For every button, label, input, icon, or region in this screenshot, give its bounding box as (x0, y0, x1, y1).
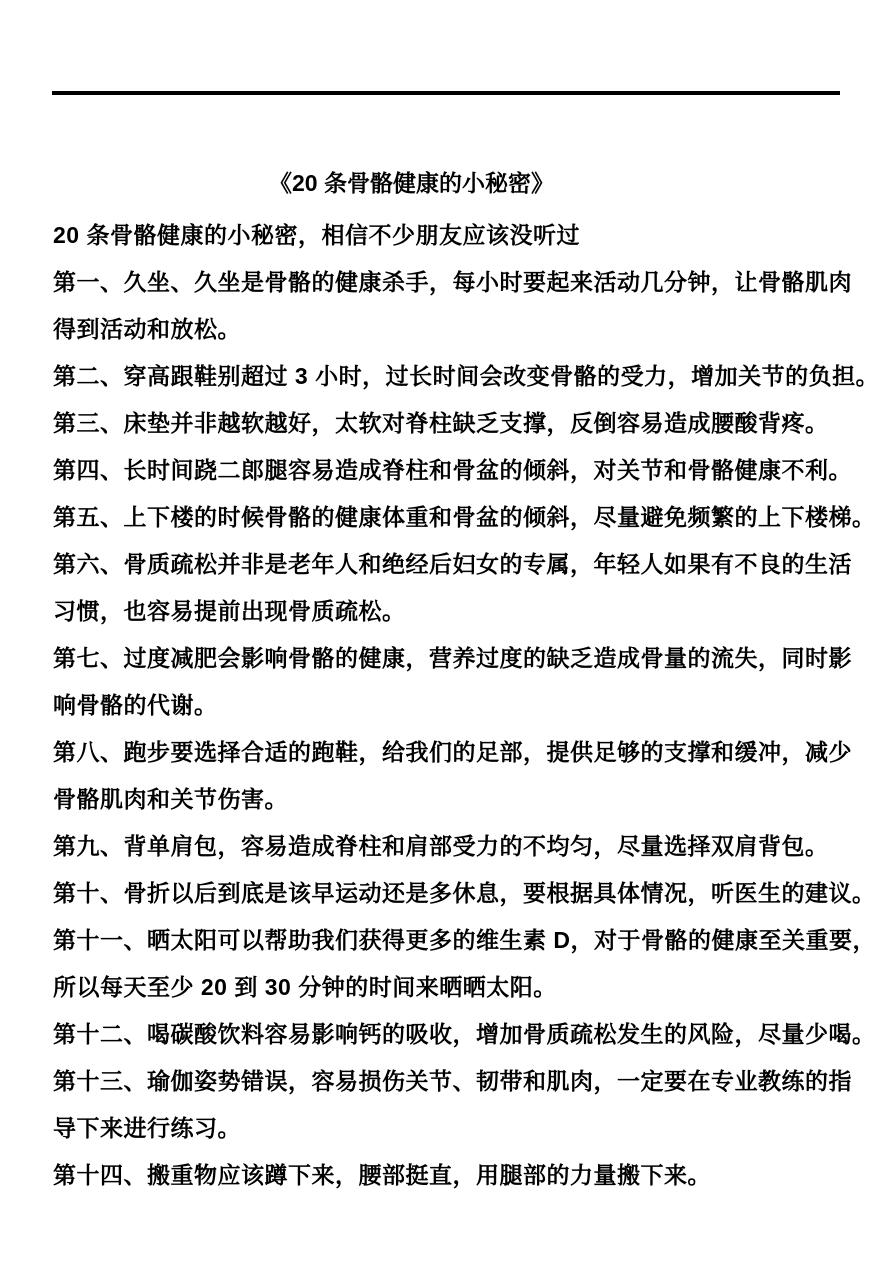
tip-4-line-1: 第四、长时间跷二郎腿容易造成脊柱和骨盆的倾斜，对关节和骨骼健康不利。 (53, 447, 840, 494)
tip-7-line-1: 第七、过度减肥会影响骨骼的健康，营养过度的缺乏造成骨量的流失，同时影 (53, 635, 840, 682)
intro-line: 20 条骨骼健康的小秘密，相信不少朋友应该没听过 (53, 212, 840, 259)
tip-1-line-2: 得到活动和放松。 (53, 306, 840, 353)
tip-7-line-2: 响骨骼的代谢。 (53, 682, 840, 729)
tip-13-line-1: 第十三、瑜伽姿势错误，容易损伤关节、韧带和肌肉，一定要在专业教练的指 (53, 1058, 840, 1105)
tip-6-line-2: 习惯，也容易提前出现骨质疏松。 (53, 588, 840, 635)
tip-8-line-1: 第八、跑步要选择合适的跑鞋，给我们的足部，提供足够的支撑和缓冲，减少 (53, 729, 840, 776)
tip-2-line-1: 第二、穿高跟鞋别超过 3 小时，过长时间会改变骨骼的受力，增加关节的负担。 (53, 353, 840, 400)
tip-8-line-2: 骨骼肌肉和关节伤害。 (53, 776, 840, 823)
tip-11-line-2: 所以每天至少 20 到 30 分钟的时间来晒晒太阳。 (53, 964, 840, 1011)
tip-11-line-1: 第十一、晒太阳可以帮助我们获得更多的维生素 D，对于骨骼的健康至关重要， (53, 917, 840, 964)
tip-13-line-2: 导下来进行练习。 (53, 1105, 840, 1152)
tip-12-line-1: 第十二、喝碳酸饮料容易影响钙的吸收，增加骨质疏松发生的风险，尽量少喝。 (53, 1011, 840, 1058)
header-divider-rule (52, 91, 840, 95)
tip-1-line-1: 第一、久坐、久坐是骨骼的健康杀手，每小时要起来活动几分钟，让骨骼肌肉 (53, 259, 840, 306)
document-body: 《20 条骨骼健康的小秘密》 20 条骨骼健康的小秘密，相信不少朋友应该没听过 … (53, 160, 840, 1199)
document-page: 《20 条骨骼健康的小秘密》 20 条骨骼健康的小秘密，相信不少朋友应该没听过 … (0, 0, 893, 1262)
document-title: 《20 条骨骼健康的小秘密》 (53, 160, 840, 212)
tip-3-line-1: 第三、床垫并非越软越好，太软对脊柱缺乏支撑，反倒容易造成腰酸背疼。 (53, 400, 840, 447)
tip-14-line-1: 第十四、搬重物应该蹲下来，腰部挺直，用腿部的力量搬下来。 (53, 1152, 840, 1199)
tip-6-line-1: 第六、骨质疏松并非是老年人和绝经后妇女的专属，年轻人如果有不良的生活 (53, 541, 840, 588)
tip-5-line-1: 第五、上下楼的时候骨骼的健康体重和骨盆的倾斜，尽量避免频繁的上下楼梯。 (53, 494, 840, 541)
tip-10-line-1: 第十、骨折以后到底是该早运动还是多休息，要根据具体情况，听医生的建议。 (53, 870, 840, 917)
tip-9-line-1: 第九、背单肩包，容易造成脊柱和肩部受力的不均匀，尽量选择双肩背包。 (53, 823, 840, 870)
